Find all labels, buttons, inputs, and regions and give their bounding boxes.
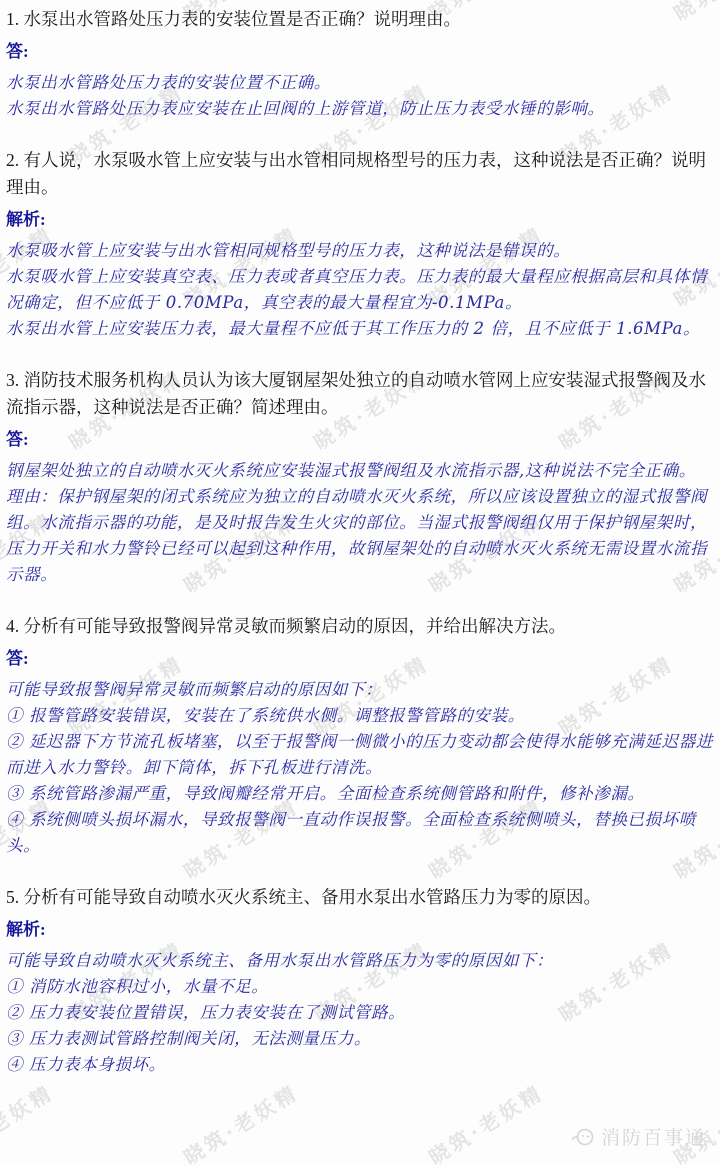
watermark-text: 晓筑·老妖精 <box>667 1077 720 1166</box>
answer-paragraph: ③ 系统管路渗漏严重，导致阀瓣经常开启。全面检查系统侧管路和附件，修补渗漏。 <box>6 781 713 807</box>
answer-block: 可能导致自动喷水灭火系统主、备用水泵出水管路压力为零的原因如下：① 消防水池容积… <box>6 948 713 1078</box>
question-text: 3. 消防技术服务机构人员认为该大厦钢屋架处独立的自动喷水管网上应安装湿式报警阀… <box>6 367 713 421</box>
answer-paragraph: 水泵出水管路处压力表的安装位置不正确。 <box>6 70 713 96</box>
qa-content: 1. 水泵出水管路处压力表的安装位置是否正确？说明理由。 答: 水泵出水管路处压… <box>0 0 720 1078</box>
watermark-text: 晓筑·老妖精 <box>0 1077 59 1166</box>
answer-paragraph: 水泵吸水管上应安装真空表、压力表或者真空压力表。压力表的最大量程应根据高层和具体… <box>6 264 713 316</box>
answer-block: 水泵出水管路处压力表的安装位置不正确。水泵出水管路处压力表应安装在止回阀的上游管… <box>6 70 713 122</box>
answer-paragraph: ③ 压力表测试管路控制阀关闭，无法测量压力。 <box>6 1026 713 1052</box>
qa-section: 5. 分析有可能导致自动喷水灭火系统主、备用水泵出水管路压力为零的原因。 解析:… <box>6 884 713 1078</box>
answer-paragraph: ② 延迟器下方节流孔板堵塞，以至于报警阀一侧微小的压力变动都会使得水能够充满延迟… <box>6 729 713 781</box>
answer-paragraph: 可能导致自动喷水灭火系统主、备用水泵出水管路压力为零的原因如下： <box>6 948 713 974</box>
answer-paragraph: 钢屋架处独立的自动喷水灭火系统应安装湿式报警阀组及水流指示器,这种说法不完全正确… <box>6 458 713 484</box>
answer-label: 解析: <box>6 208 713 232</box>
answer-paragraph: 水泵出水管路处压力表应安装在止回阀的上游管道，防止压力表受水锤的影响。 <box>6 96 713 122</box>
answer-label: 答: <box>6 40 713 64</box>
qa-section: 2. 有人说，水泵吸水管上应安装与出水管相同规格型号的压力表，这种说法是否正确？… <box>6 147 713 342</box>
answer-paragraph: 可能导致报警阀异常灵敏而频繁启动的原因如下： <box>6 677 713 703</box>
answer-block: 可能导致报警阀异常灵敏而频繁启动的原因如下：① 报警管路安装错误，安装在了系统供… <box>6 677 713 859</box>
qa-section: 4. 分析有可能导致报警阀异常灵敏而频繁启动的原因，并给出解决方法。 答: 可能… <box>6 613 713 859</box>
answer-paragraph: 理由：保护钢屋架的闭式系统应为独立的自动喷水灭火系统，所以应该设置独立的湿式报警… <box>6 484 713 588</box>
question-text: 4. 分析有可能导致报警阀异常灵敏而频繁启动的原因，并给出解决方法。 <box>6 613 713 640</box>
answer-label: 答: <box>6 647 713 671</box>
answer-paragraph: ④ 系统侧喷头损坏漏水，导致报警阀一直动作误报警。全面检查系统侧喷头，替换已损坏… <box>6 807 713 859</box>
watermark-text: 晓筑·老妖精 <box>422 1077 548 1166</box>
answer-block: 钢屋架处独立的自动喷水灭火系统应安装湿式报警阀组及水流指示器,这种说法不完全正确… <box>6 458 713 588</box>
answer-paragraph: 水泵出水管上应安装压力表，最大量程不应低于其工作压力的 2 倍，且不应低于 1.… <box>6 316 713 342</box>
qa-section: 3. 消防技术服务机构人员认为该大厦钢屋架处独立的自动喷水管网上应安装湿式报警阀… <box>6 367 713 588</box>
answer-block: 水泵吸水管上应安装与出水管相同规格型号的压力表，这种说法是错误的。水泵吸水管上应… <box>6 238 713 342</box>
question-text: 2. 有人说，水泵吸水管上应安装与出水管相同规格型号的压力表，这种说法是否正确？… <box>6 147 713 201</box>
answer-paragraph: ① 报警管路安装错误，安装在了系统供水侧。调整报警管路的安装。 <box>6 703 713 729</box>
answer-paragraph: ④ 压力表本身损坏。 <box>6 1052 713 1078</box>
question-text: 5. 分析有可能导致自动喷水灭火系统主、备用水泵出水管路压力为零的原因。 <box>6 884 713 911</box>
footer-brand: 消防百事通 <box>570 1123 706 1150</box>
question-text: 1. 水泵出水管路处压力表的安装位置是否正确？说明理由。 <box>6 6 713 33</box>
footer-brand-text: 消防百事通 <box>601 1123 706 1150</box>
answer-paragraph: ② 压力表安装位置错误，压力表安装在了测试管路。 <box>6 1000 713 1026</box>
qa-section: 1. 水泵出水管路处压力表的安装位置是否正确？说明理由。 答: 水泵出水管路处压… <box>6 6 713 122</box>
answer-label: 解析: <box>6 918 713 942</box>
watermark-text: 晓筑·老妖精 <box>177 1077 303 1166</box>
document-page: 晓筑·老妖精晓筑·老妖精晓筑·老妖精晓筑·老妖精晓筑·老妖精晓筑·老妖精晓筑·老… <box>0 0 720 1166</box>
answer-paragraph: ① 消防水池容积过小，水量不足。 <box>6 974 713 1000</box>
answer-label: 答: <box>6 428 713 452</box>
mascot-icon <box>570 1127 596 1147</box>
answer-paragraph: 水泵吸水管上应安装与出水管相同规格型号的压力表，这种说法是错误的。 <box>6 238 713 264</box>
